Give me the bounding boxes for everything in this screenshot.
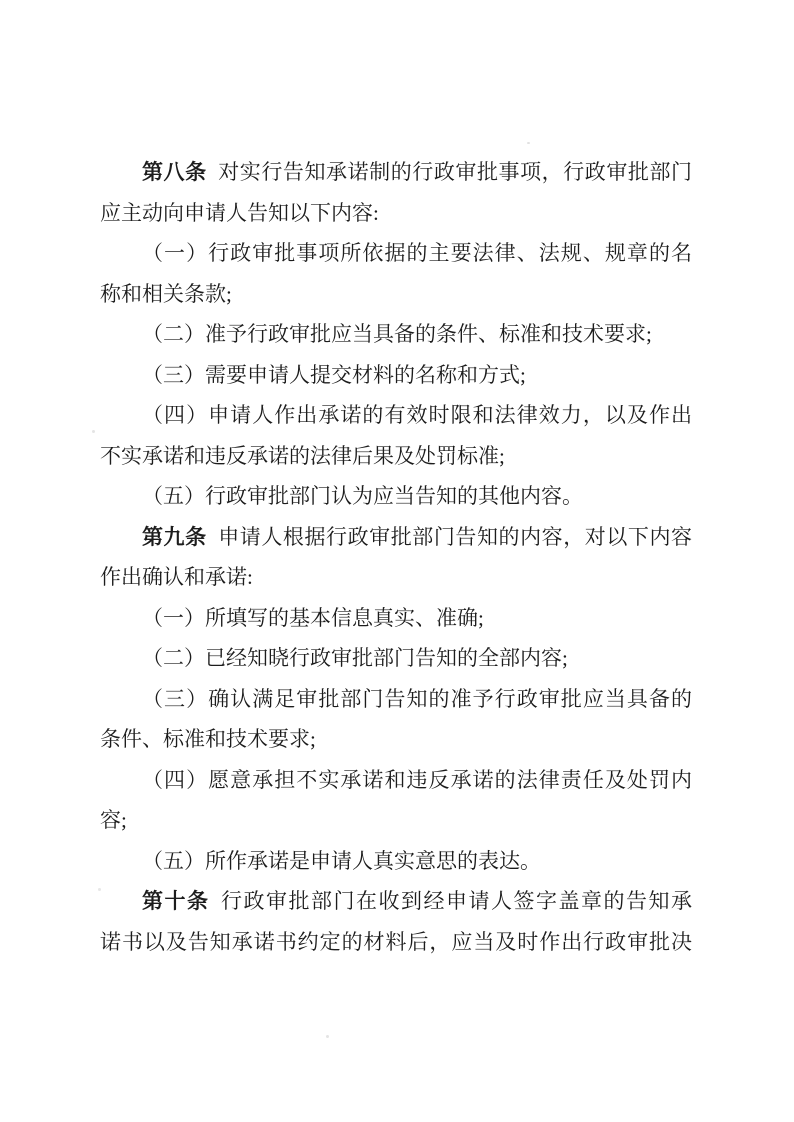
text-line: （二）已经知晓行政审批部门告知的全部内容; bbox=[100, 638, 692, 679]
article-text: 申请人根据行政审批部门告知的内容，对以下内容 bbox=[218, 525, 692, 549]
article-text: 行政审批部门在收到经申请人签字盖章的告知承 bbox=[221, 889, 692, 913]
document-body: 第八条对实行告知承诺制的行政审批事项，行政审批部门 应主动向申请人告知以下内容:… bbox=[100, 152, 692, 962]
article-number: 第十条 bbox=[142, 889, 210, 913]
document-page: 第八条对实行告知承诺制的行政审批事项，行政审批部门 应主动向申请人告知以下内容:… bbox=[0, 0, 794, 1122]
text-line: 不实承诺和违反承诺的法律后果及处罚标准; bbox=[100, 436, 692, 477]
text-line: （四）愿意承担不实承诺和违反承诺的法律责任及处罚内 bbox=[100, 760, 692, 801]
article-number: 第九条 bbox=[142, 525, 207, 549]
text-line: 称和相关条款; bbox=[100, 274, 692, 315]
text-line: （一）所填写的基本信息真实、准确; bbox=[100, 598, 692, 639]
scan-artifact bbox=[98, 888, 101, 891]
scan-artifact bbox=[527, 142, 530, 144]
text-line: 第九条申请人根据行政审批部门告知的内容，对以下内容 bbox=[100, 517, 692, 558]
text-line: 第十条行政审批部门在收到经申请人签字盖章的告知承 bbox=[100, 881, 692, 922]
text-line: （一）行政审批事项所依据的主要法律、法规、规章的名 bbox=[100, 233, 692, 274]
text-line: 第八条对实行告知承诺制的行政审批事项，行政审批部门 bbox=[100, 152, 692, 193]
text-line: 作出确认和承诺: bbox=[100, 557, 692, 598]
text-line: （五）所作承诺是申请人真实意思的表达。 bbox=[100, 841, 692, 882]
text-line: （五）行政审批部门认为应当告知的其他内容。 bbox=[100, 476, 692, 517]
scan-artifact bbox=[92, 430, 95, 433]
text-line: （二）准予行政审批应当具备的条件、标准和技术要求; bbox=[100, 314, 692, 355]
scan-artifact bbox=[326, 1035, 329, 1038]
text-line: （四）申请人作出承诺的有效时限和法律效力，以及作出 bbox=[100, 395, 692, 436]
text-line: 诺书以及告知承诺书约定的材料后，应当及时作出行政审批决 bbox=[100, 922, 692, 963]
text-line: 应主动向申请人告知以下内容: bbox=[100, 193, 692, 234]
article-number: 第八条 bbox=[142, 160, 207, 184]
text-line: （三）需要申请人提交材料的名称和方式; bbox=[100, 355, 692, 396]
text-line: （三）确认满足审批部门告知的准予行政审批应当具备的 bbox=[100, 679, 692, 720]
article-text: 对实行告知承诺制的行政审批事项，行政审批部门 bbox=[218, 160, 692, 184]
text-line: 容; bbox=[100, 800, 692, 841]
text-line: 条件、标准和技术要求; bbox=[100, 719, 692, 760]
